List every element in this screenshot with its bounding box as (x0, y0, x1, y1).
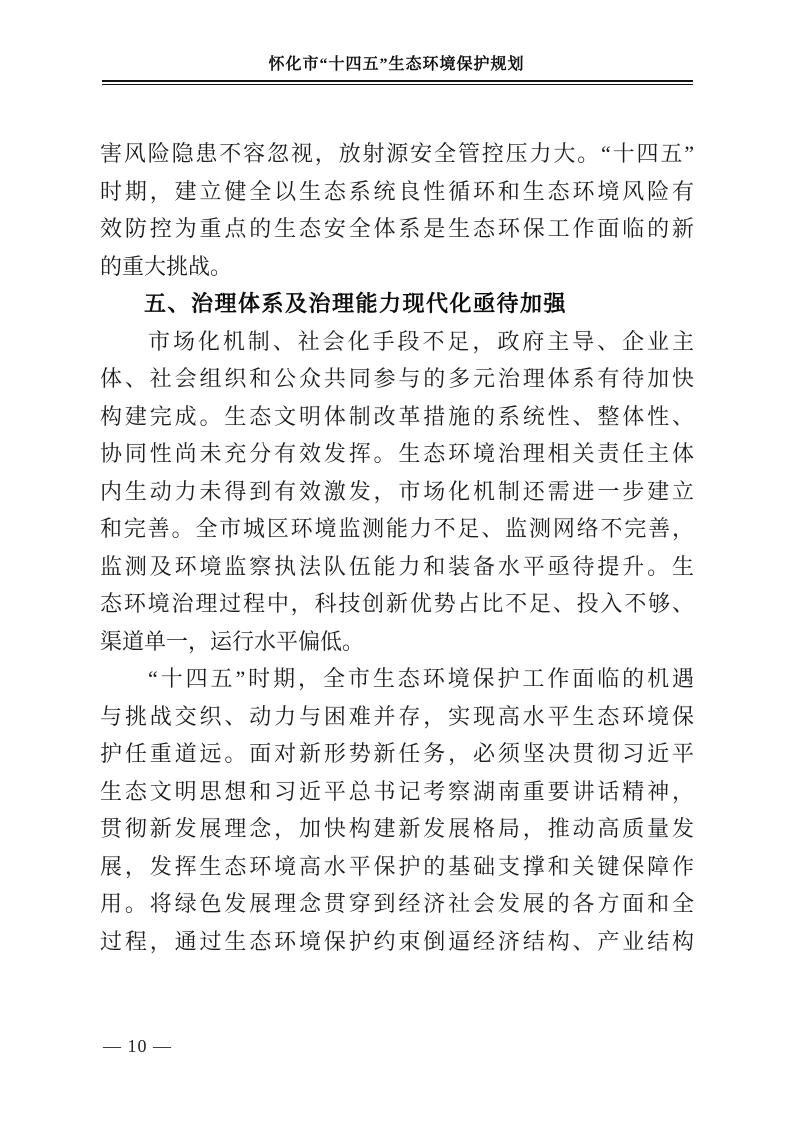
header-title: 怀化市“十四五”生态环境保护规划 (0, 51, 793, 74)
text-line: 效防控为重点的生态安全体系是生态环保工作面临的新 (100, 210, 694, 248)
header-rule (102, 80, 693, 85)
text-line: 内生动力未得到有效激发，市场化机制还需进一步建立 (100, 473, 694, 511)
text-line: 构建完成。生态文明体制改革措施的系统性、整体性、 (100, 398, 694, 436)
text-line: “十四五”时期，全市生态环境保护工作面临的机遇 (100, 660, 694, 698)
text-line: 和完善。全市城区环境监测能力不足、监测网络不完善， (100, 510, 694, 548)
text-line: 态环境治理过程中，科技创新优势占比不足、投入不够、 (100, 585, 694, 623)
section-heading: 五、治理体系及治理能力现代化亟待加强 (100, 285, 694, 323)
text-line: 生态文明思想和习近平总书记考察湖南重要讲话精神， (100, 773, 694, 811)
text-line: 的重大挑战。 (100, 248, 694, 286)
text-line: 展，发挥生态环境高水平保护的基础支撑和关键保障作 (100, 848, 694, 886)
text-line: 监测及环境监察执法队伍能力和装备水平亟待提升。生 (100, 548, 694, 586)
text-line: 护任重道远。面对新形势新任务，必须坚决贯彻习近平 (100, 735, 694, 773)
text-line: 时期，建立健全以生态系统良性循环和生态环境风险有 (100, 173, 694, 211)
text-line: 用。将绿色发展理念贯穿到经济社会发展的各方面和全 (100, 885, 694, 923)
text-line: 与挑战交织、动力与困难并存，实现高水平生态环境保 (100, 698, 694, 736)
text-line: 体、社会组织和公众共同参与的多元治理体系有待加快 (100, 360, 694, 398)
document-page: 怀化市“十四五”生态环境保护规划 害风险隐患不容忽视，放射源安全管控压力大。“十… (0, 0, 793, 1122)
text-line: 过程，通过生态环境保护约束倒逼经济结构、产业结构 (100, 923, 694, 961)
text-line: 市场化机制、社会化手段不足，政府主导、企业主 (100, 323, 694, 361)
footer-page-number: — 10 — (103, 1036, 172, 1057)
text-line: 害风险隐患不容忽视，放射源安全管控压力大。“十四五” (100, 135, 694, 173)
body-text: 害风险隐患不容忽视，放射源安全管控压力大。“十四五”时期，建立健全以生态系统良性… (100, 135, 694, 960)
text-line: 协同性尚未充分有效发挥。生态环境治理相关责任主体 (100, 435, 694, 473)
text-line: 渠道单一，运行水平偏低。 (100, 623, 694, 661)
text-line: 贯彻新发展理念，加快构建新发展格局，推动高质量发 (100, 810, 694, 848)
